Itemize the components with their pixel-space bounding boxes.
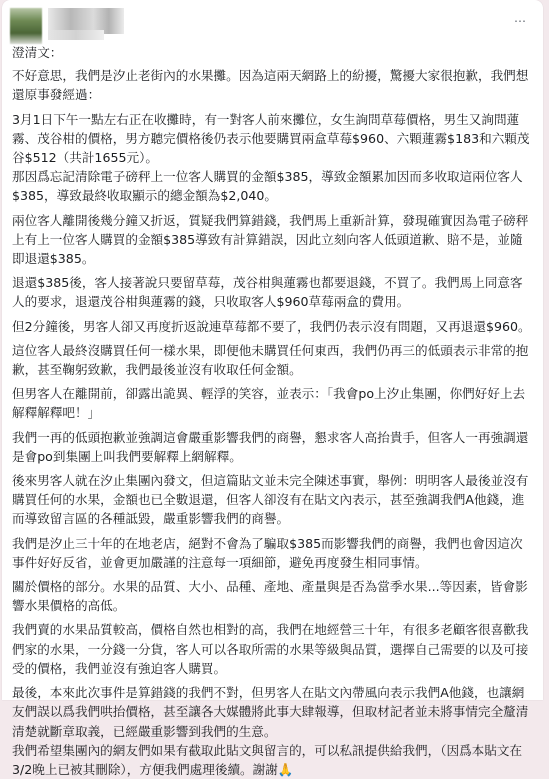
post-header: ⋯ <box>2 0 543 48</box>
paragraph: 那因爲忘記清除電子磅秤上一位客人購買的金額$385，導致金額累加因而多收取這兩位… <box>12 167 531 205</box>
paragraph: 後來男客人就在汐止集團內發文，但這篇貼文並未完全陳述事實，舉例：明明客人最後並沒… <box>12 471 531 529</box>
paragraph: 我們是汐止三十年的在地老店，絕對不會為了騙取$385而影響我們的商譽，我們也會因… <box>12 534 531 572</box>
paragraph: 最後，本來此次事件是算錯錢的我們不對，但男客人在貼文內帶風向表示我們A他錢，也讓… <box>12 683 531 687</box>
more-options-icon[interactable]: ⋯ <box>514 14 527 28</box>
paragraph: 但男客人在離開前，卻露出詭異、輕浮的笑容，並表示：「我會po上汐止集團，你們好好… <box>12 384 531 422</box>
paragraph: 我們賣的水果品質較高，價格自然也相對的高，我們在地經營三十年，有很多老顧客很喜歡… <box>12 620 531 678</box>
post-card: ⋯ 澄清文： 不好意思，我們是汐止老街內的水果攤。因為這兩天網路上的紛擾，驚擾大… <box>2 0 543 687</box>
paragraph: 兩位客人離開後幾分鐘又折返，質疑我們算錯錢，我們馬上重新計算，發現確實因為電子磅… <box>12 211 531 269</box>
paragraph: 但2分鐘後，男客人卻又再度折返說連草莓都不要了，我們仍表示沒有問題，又再退還$9… <box>12 317 531 336</box>
paragraph: 3月1日下午一點左右正在收攤時，有一對客人前來攤位，女生詢問草莓價格，男生又詢問… <box>12 110 531 168</box>
paragraph: 關於價格的部分。水果的品質、大小、品種、產地、產量與是否為當季水果...等因素，… <box>12 577 531 615</box>
paragraph: 不好意思，我們是汐止老街內的水果攤。因為這兩天網路上的紛擾，驚擾大家很抱歉，我們… <box>12 66 531 104</box>
avatar[interactable] <box>10 8 42 44</box>
post-meta-blurred <box>48 30 104 40</box>
paragraph: 這位客人最終沒購買任何一樣水果，即便他未購買任何東西，我們仍再三的低頭表示非常的… <box>12 341 531 379</box>
post-body: 澄清文： 不好意思，我們是汐止老街內的水果攤。因為這兩天網路上的紛擾，驚擾大家很… <box>2 43 543 687</box>
paragraph: 退還$385後，客人接著說只要留草莓，茂谷柑與蓮霧也都要退錢，不買了。我們馬上同… <box>12 273 531 311</box>
paragraph: 我們一再的低頭抱歉並強調這會嚴重影響我們的商譽，懇求客人高抬貴手，但客人一再強調… <box>12 428 531 466</box>
